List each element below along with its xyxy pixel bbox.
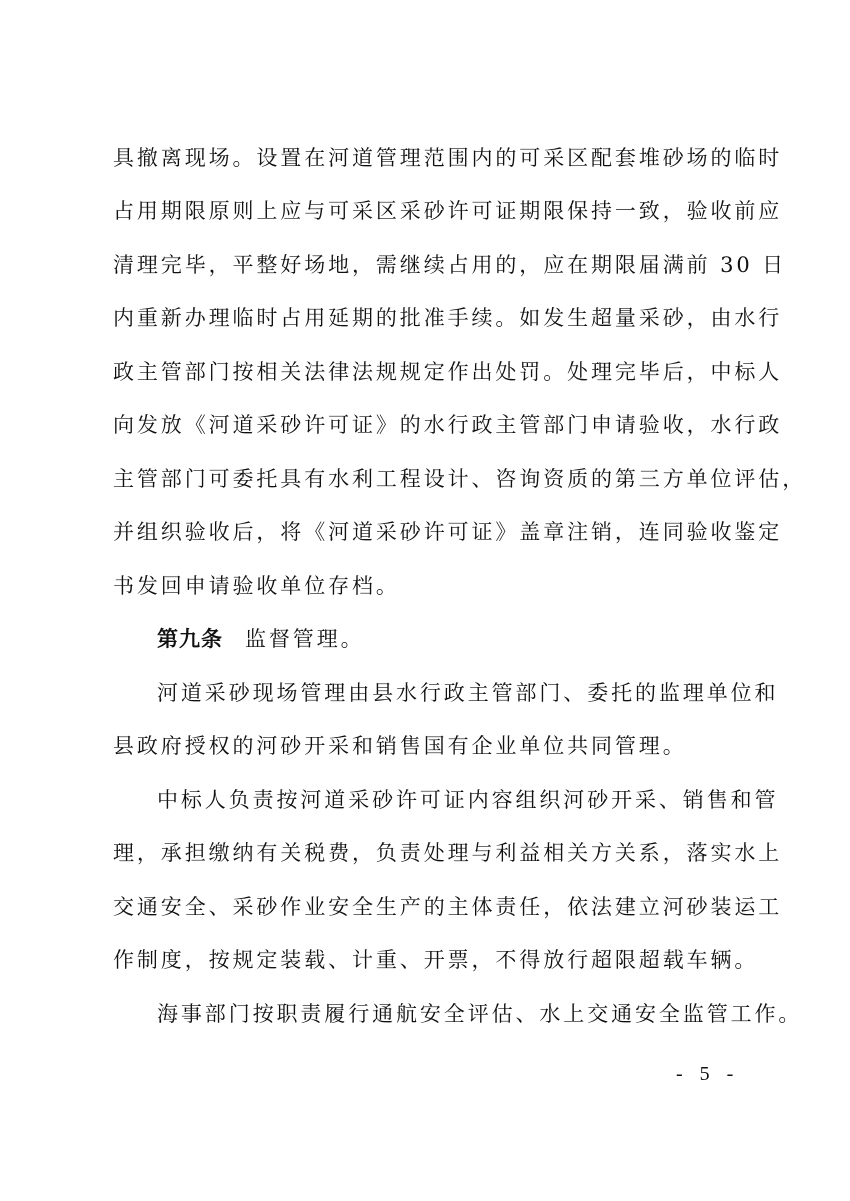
text-line: 政主管部门按相关法律法规规定作出处罚。处理完毕后，中标人 <box>113 358 743 386</box>
text-line: 中标人负责按河道采砂许可证内容组织河砂开采、销售和管 <box>157 786 787 814</box>
text-line: 清理完毕，平整好场地，需继续占用的，应在期限届满前 30 日 <box>113 251 743 279</box>
page-number: - 5 - <box>676 1063 739 1086</box>
text-line: 内重新办理临时占用延期的批准手续。如发生超量采砂，由水行 <box>113 304 743 332</box>
document-page: 具撤离现场。设置在河道管理范围内的可采区配套堆砂场的临时 占用期限原则上应与可采… <box>0 0 850 1201</box>
text-line: 县政府授权的河砂开采和销售国有企业单位共同管理。 <box>113 732 743 760</box>
text-line: 并组织验收后，将《河道采砂许可证》盖章注销，连同验收鉴定 <box>113 518 743 546</box>
text-line: 作制度，按规定装载、计重、开票，不得放行超限超载车辆。 <box>113 946 743 974</box>
article-label: 第九条 <box>157 626 223 651</box>
text-line: 向发放《河道采砂许可证》的水行政主管部门申请验收，水行政 <box>113 411 743 439</box>
text-line: 理，承担缴纳有关税费，负责处理与利益相关方关系，落实水上 <box>113 839 743 867</box>
article-heading: 第九条监督管理。 <box>157 625 787 653</box>
text-line: 具撤离现场。设置在河道管理范围内的可采区配套堆砂场的临时 <box>113 144 743 172</box>
text-line: 河道采砂现场管理由县水行政主管部门、委托的监理单位和 <box>157 679 787 707</box>
text-line: 占用期限原则上应与可采区采砂许可证期限保持一致，验收前应 <box>113 197 743 225</box>
text-line: 海事部门按职责履行通航安全评估、水上交通安全监管工作。 <box>157 1000 787 1028</box>
text-line: 交通安全、采砂作业安全生产的主体责任，依法建立河砂装运工 <box>113 893 743 921</box>
article-title: 监督管理。 <box>245 627 365 651</box>
text-line: 书发回申请验收单位存档。 <box>113 572 743 600</box>
text-line: 主管部门可委托具有水利工程设计、咨询资质的第三方单位评估， <box>113 465 743 493</box>
